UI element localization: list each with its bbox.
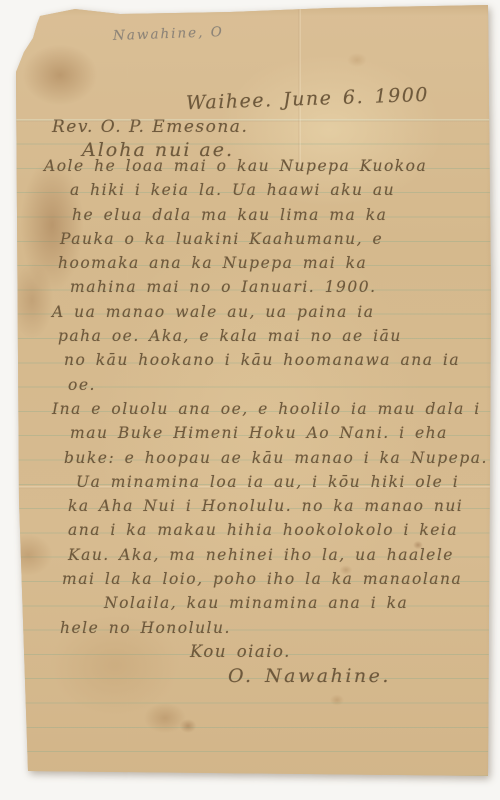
body-line: Kau. Aka, ma nehinei iho la, ua haalele [28, 543, 488, 567]
body-line: hele no Honolulu. [28, 616, 488, 640]
body-line: ka Aha Nui i Honolulu. no ka manao nui [28, 494, 488, 518]
body-line: buke: e hoopau ae kāu manao i ka Nupepa. [28, 446, 488, 470]
body-line: ana i ka makau hihia hookolokolo i keia [28, 518, 488, 542]
letter-paper: Nawahine, O Waihee. June 6. 1900 Rev. O.… [0, 0, 500, 800]
body-line: no kāu hookano i kāu hoomanawa ana ia [28, 348, 488, 372]
body-line: paha oe. Aka, e kala mai no ae iāu [28, 324, 488, 348]
signature: O. Nawahine. [28, 664, 488, 688]
letter-body: Aole he loaa mai o kau Nupepa Kuokoa a h… [28, 154, 488, 689]
body-line: hoomaka ana ka Nupepa mai ka [28, 251, 488, 275]
body-line: Aole he loaa mai o kau Nupepa Kuokoa [28, 154, 488, 178]
scan-background: Nawahine, O Waihee. June 6. 1900 Rev. O.… [0, 0, 500, 800]
paper-shadow-wrap: Nawahine, O Waihee. June 6. 1900 Rev. O.… [0, 0, 500, 800]
body-line: Ua minamina loa ia au, i kōu hiki ole i [28, 470, 488, 494]
body-line: mau Buke Himeni Hoku Ao Nani. i eha [28, 421, 488, 445]
body-line: Pauka o ka luakini Kaahumanu, e [28, 227, 488, 251]
closing-line: Kou oiaio. [28, 640, 488, 664]
body-line: oe. [28, 373, 488, 397]
archival-pencil-note: Nawahine, O [113, 24, 224, 44]
body-line: he elua dala ma kau lima ma ka [28, 203, 488, 227]
body-line: mai la ka loio, poho iho la ka manaolana [28, 567, 488, 591]
body-line: Ina e oluolu ana oe, e hoolilo ia mau da… [28, 397, 488, 421]
body-line: mahina mai no o Ianuari. 1900. [28, 275, 488, 299]
fold-crease-vertical [298, 6, 301, 166]
recipient-line: Rev. O. P. Emesona. [52, 117, 248, 137]
body-line: A ua manao wale au, ua paina ia [28, 300, 488, 324]
dateline: Waihee. June 6. 1900 [186, 84, 430, 114]
body-line: Nolaila, kau minamina ana i ka [28, 591, 488, 615]
body-line: a hiki i keia la. Ua haawi aku au [28, 178, 488, 202]
